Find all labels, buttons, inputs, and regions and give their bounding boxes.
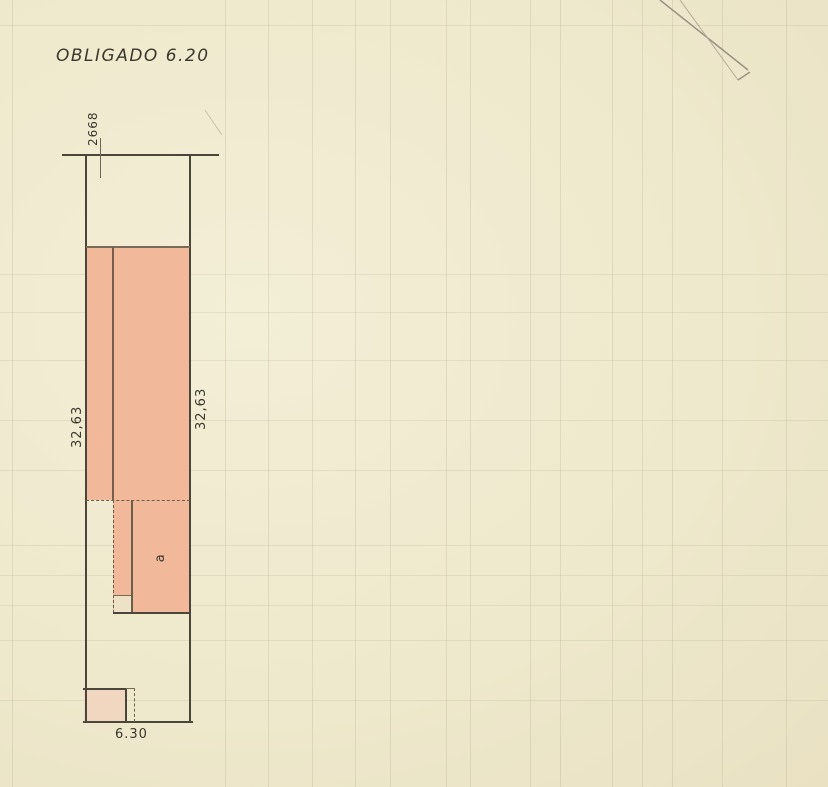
outbuilding-dashed-top bbox=[126, 688, 135, 689]
block-a-left-edge bbox=[131, 500, 133, 613]
outbuilding-right bbox=[125, 688, 127, 722]
rear-outbuilding bbox=[84, 689, 126, 722]
dashed-division-line bbox=[86, 500, 190, 501]
frontage-reference-label: 2668 bbox=[86, 111, 100, 146]
lot-rear-edge bbox=[83, 721, 193, 723]
block-small-divider bbox=[113, 595, 131, 596]
rear-width-label: 6.30 bbox=[115, 727, 148, 742]
built-area-main bbox=[86, 247, 190, 500]
block-label-a: a bbox=[153, 553, 168, 562]
left-depth-label: 32,63 bbox=[70, 406, 85, 448]
built-divider bbox=[112, 247, 114, 500]
outbuilding-top bbox=[83, 688, 126, 690]
block-a-bottom-edge bbox=[113, 612, 191, 614]
dashed-side-line bbox=[113, 500, 114, 613]
small-area-corner bbox=[114, 595, 131, 613]
frontage-tick bbox=[100, 138, 101, 178]
lot-right-edge bbox=[189, 155, 191, 722]
lot-left-edge bbox=[85, 155, 87, 722]
street-title: OBLIGADO 6.20 bbox=[56, 46, 210, 66]
right-depth-label: 32,63 bbox=[194, 388, 209, 430]
built-front-edge bbox=[86, 246, 190, 248]
outbuilding-dashed bbox=[134, 688, 135, 722]
